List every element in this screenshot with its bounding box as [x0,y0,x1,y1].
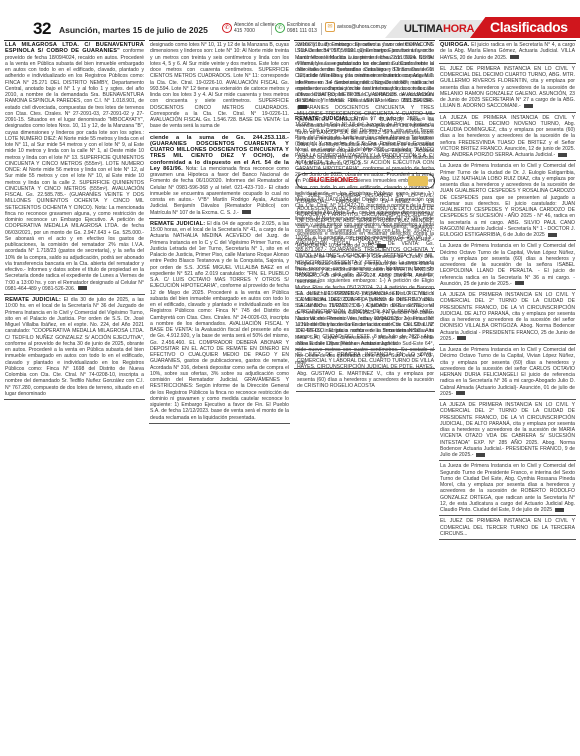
notice-body: La Jueza de Primera Instancia en lo Civi… [440,347,575,397]
page-header: 32 Asunción, martes 15 de julio de 2025 … [0,0,580,38]
seal-icon [555,508,564,512]
notice: REMATE JUDICIAL: El día 04 de agosto de … [149,220,290,424]
contact-value: 0981 111 013 [287,28,317,34]
contact-phone: ✆ Atención al cliente:415 7000 [222,22,276,34]
column-5: QUIROGA. El juicio radica en la Secretar… [439,40,576,752]
notice: EL JUEZ DE PRIMERA INSTANCIA EN LO CIVIL… [296,290,435,350]
notice: LA JUEZA DE PRIMERA INSTANCIA EN LO CIVI… [439,291,576,345]
contact-value: 415 7000 [234,28,255,34]
notice: EL JUEZ DE PRIMERA INSTANCIA EN LO CIVIL… [439,65,576,113]
seal-icon [78,286,87,290]
notice-body: conforme proveído de fecha 18/09/4024, r… [5,48,144,292]
seal-icon [242,210,251,214]
notice: ciende a la suma de Gs. 244.253.118.- (G… [149,134,290,219]
notice: EL JUEZ DE PRIMERA INSTANCIA EN LO CIVIL… [296,192,435,252]
seal-icon [524,104,533,108]
column-4: veinte y cuatro metros con setenta y un … [296,40,435,752]
notice-body: La Jueza de Primera Instancia en lo Civi… [440,243,575,287]
notice: QUIROGA. El juicio radica en la Secretar… [439,41,576,64]
notice: REMATE JUDICIAL: El día 30 de julio de 2… [4,296,145,400]
notice-body: La Juez de Paz en lo Civil y Comercial d… [297,254,434,285]
column-1: LLA MILAGROSA LTDA. C/ BUENAVENTURA ESPI… [4,40,145,752]
brand-accent: HORA [443,23,474,35]
seal-icon [558,153,567,157]
notice-body: La Jueza de Primera Instancia en lo Civi… [440,463,575,513]
notice: La Juez de Paz en lo Civil y Comercial d… [296,253,435,288]
seal-icon [510,55,519,59]
notice: veinte y cuatro metros con setenta y un … [296,41,435,170]
notice-body: La Jueza de Primera Instancia en lo Civi… [440,163,575,238]
seal-icon [515,281,524,285]
notice: LLA MILAGROSA LTDA. C/ BUENAVENTURA ESPI… [4,41,145,295]
notice-body: EL JUEZ DE PRIMERA INSTANCIA EN LO CIVIL… [297,291,434,347]
notice-body: veinte y cuatro metros con setenta y un … [297,42,434,167]
notice-body: El día 04 de agosto de 2.025, a las 15:0… [150,221,289,421]
section-title: Clasificados [490,19,568,35]
brand-logo: ULTIMAHORA [404,23,474,35]
contact-email: ✉ avisos@uhora.com.py [325,22,387,32]
notice-body: El día 30 de julio de 2025, a las 10:00 … [5,297,144,397]
notice-heading: REMATE JUDICIAL: [150,221,205,227]
contact-whatsapp: ✆ Escribinos al0981 111 013 [275,22,317,34]
notice-body: LA JUEZA DE PRIMERA INSTANCIA DE CIVIL Y… [440,115,575,159]
classifieds-columns: LLA MILAGROSA LTDA. C/ BUENAVENTURA ESPI… [4,40,435,752]
seal-icon [377,244,386,248]
notice-heading: REMATE JUDICIAL: [5,297,61,303]
seal-icon [457,336,466,340]
notice: EL JUEZ DE PRIMERA INSTANCIA EN LO CIVIL… [439,517,576,540]
seal-icon [476,453,485,457]
notice: EL JUEZ DE PRIMERA INSTANCIA EN LO CIVIL… [296,351,435,393]
notice-body: LA JUEZA DE PRIMERA INSTANCIA EN LO CIVI… [440,292,575,342]
notice-body: designado como lotes N° 10, 11 y 12 de l… [150,42,289,129]
notice: LA JUEZA DE PRIMERA INSTANCIA DE CIVIL Y… [439,114,576,162]
brand-prefix: ULTIMA [404,23,443,35]
whatsapp-icon: ✆ [275,23,285,33]
dateline: Asunción, martes 15 de julio de 2025 [59,25,208,35]
notice: LA JUEZA DE PRIMERA INSTANCIA EN LO CIVI… [439,401,576,461]
notice-body: EL JUEZ DE PRIMERA INSTANCIA EN LO CIVIL… [440,518,575,537]
notice-body: EL JUEZ DE PRIMERA INSTANCIA EN LO CIVIL… [297,193,434,249]
notice-body: EL JUEZ DE PRIMERA INSTANCIA EN LO CIVIL… [440,66,575,110]
notice-body: Nota: La mencionada finca reconoce como … [150,166,289,216]
notice: La Jueza de Primera Instancia en lo Civi… [439,346,576,400]
section-header-sucesiones: SUCESIONES [296,173,435,189]
seal-icon [548,233,557,237]
notice: La Jueza de Primera Instancia en lo Civi… [439,242,576,290]
column-2: designado como lotes N° 10, 11 y 12 de l… [149,40,290,752]
phone-icon: ✆ [222,23,232,33]
seal-icon [456,391,465,395]
page-number: 32 [33,19,51,39]
notice: La Jueza de Primera Instancia en lo Civi… [439,162,576,241]
notice-heading: QUIROGA. [440,42,469,48]
contact-value: avisos@uhora.com.py [337,24,387,30]
coins-icon [408,176,428,186]
mail-icon: ✉ [325,22,335,32]
notice-body: EL JUEZ DE PRIMERA INSTANCIA EN LO CIVIL… [297,352,434,389]
notice: designado como lotes N° 10, 11 y 12 de l… [149,41,290,133]
section-label: SUCESIONES [309,177,358,183]
notice: La Jueza de Primera Instancia en lo Civi… [439,462,576,516]
notice-body: LA JUEZA DE PRIMERA INSTANCIA EN LO CIVI… [440,402,575,458]
